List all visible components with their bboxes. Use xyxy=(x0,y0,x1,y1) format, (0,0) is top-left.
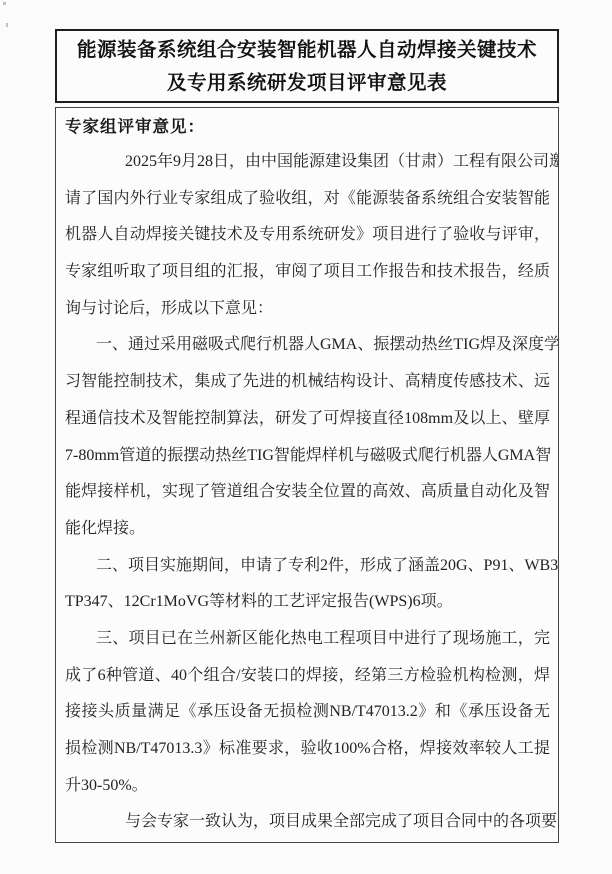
scanned-review-form-page: 能源装备系统组合安装智能机器人自动焊接关键技术 及专用系统研发项目评审意见表 专… xyxy=(0,0,612,874)
opinion-text-line: 机器人自动焊接关键技术及专用系统研发》项目进行了验收与评审， xyxy=(65,217,550,254)
opinion-text-line: 与会专家一致认为，项目成果全部完成了项目合同中的各项要 xyxy=(65,804,550,841)
opinion-text-line: 一、通过采用磁吸式爬行机器人GMA、振摆动热丝TIG焊及深度学 xyxy=(65,327,550,364)
form-title-line-1: 能源装备系统组合安装智能机器人自动焊接关键技术 xyxy=(77,34,537,67)
opinion-text-line: 二、项目实施期间，申请了专利2件，形成了涵盖20G、P91、WB36、 xyxy=(65,548,550,585)
expert-opinion-label: 专家组评审意见： xyxy=(65,110,550,144)
opinion-text-line: 损检测NB/T47013.3》标准要求，验收100%合格，焊接效率较人工提 xyxy=(65,731,550,768)
opinion-text-line: 接接头质量满足《承压设备无损检测NB/T47013.2》和《承压设备无 xyxy=(65,694,550,731)
expert-opinion-cell: 专家组评审意见： 2025年9月28日，由中国能源建设集团（甘肃）工程有限公司邀… xyxy=(55,107,559,843)
opinion-text-line: 7-80mm管道的振摆动热丝TIG智能焊样机与磁吸式爬行机器人GMA智 xyxy=(65,438,550,475)
scan-speck xyxy=(6,23,8,27)
opinion-text-line: 能化焊接。 xyxy=(65,511,550,548)
opinion-text-line: 习智能控制技术，集成了先进的机械结构设计、高精度传感技术、远 xyxy=(65,364,550,401)
opinion-text-line: TP347、12Cr1MoVG等材料的工艺评定报告(WPS)6项。 xyxy=(65,584,550,621)
opinion-text-line: 能焊接样机，实现了管道组合安装全位置的高效、高质量自动化及智 xyxy=(65,474,550,511)
opinion-text-line: 三、项目已在兰州新区能化热电工程项目中进行了现场施工，完 xyxy=(65,621,550,658)
form-title-line-2: 及专用系统研发项目评审意见表 xyxy=(167,67,447,100)
opinion-text-line: 专家组听取了项目组的汇报，审阅了项目工作报告和技术报告，经质 xyxy=(65,254,550,291)
opinion-text-line: 升30-50%。 xyxy=(65,768,550,805)
scan-speck xyxy=(3,2,6,5)
opinion-text-line: 询与讨论后，形成以下意见： xyxy=(65,291,550,328)
opinion-text-line: 成了6种管道、40个组合/安装口的焊接，经第三方检验机构检测，焊 xyxy=(65,658,550,695)
opinion-text-line: 程通信技术及智能控制算法，研发了可焊接直径108mm及以上、壁厚 xyxy=(65,401,550,438)
form-title-cell: 能源装备系统组合安装智能机器人自动焊接关键技术 及专用系统研发项目评审意见表 xyxy=(55,29,559,103)
opinion-text-line: 2025年9月28日，由中国能源建设集团（甘肃）工程有限公司邀 xyxy=(65,144,550,181)
opinion-text-line: 请了国内外行业专家组成了验收组，对《能源装备系统组合安装智能 xyxy=(65,181,550,218)
expert-opinion-content: 专家组评审意见： 2025年9月28日，由中国能源建设集团（甘肃）工程有限公司邀… xyxy=(56,108,558,841)
